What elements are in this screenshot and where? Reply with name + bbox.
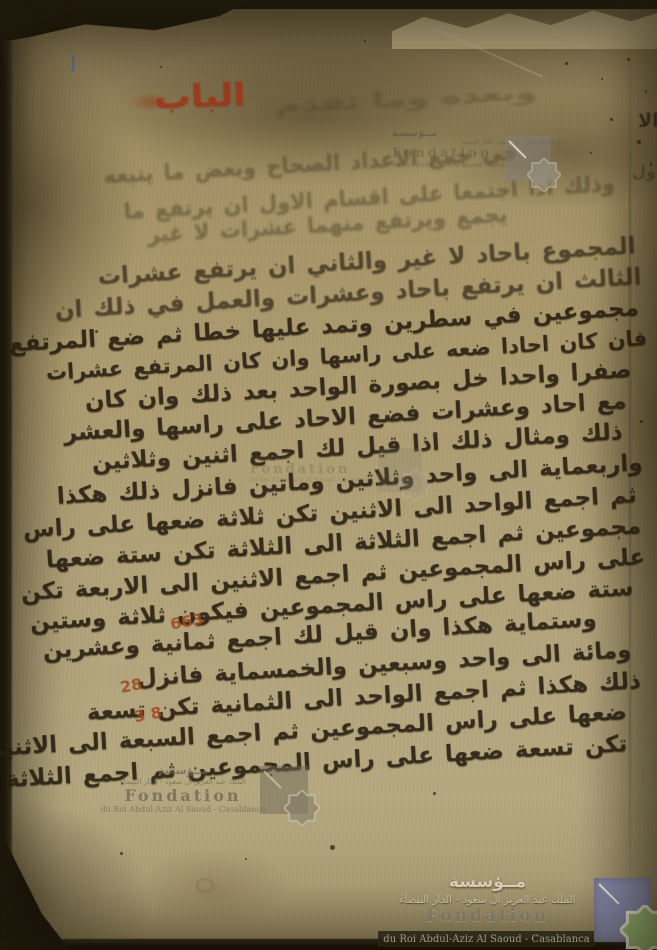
foundation-logo: [594, 878, 657, 950]
watermark-top: مــؤسسة الملك عبد العزيز آل سعود - الدار…: [392, 128, 562, 169]
watermark-french-name: Fondation: [98, 786, 268, 805]
watermark-french-name: Fondation: [380, 906, 595, 926]
stain: [245, 858, 247, 860]
stain: [637, 140, 641, 144]
foundation-logo-ghost: [260, 766, 312, 818]
stain: [160, 66, 162, 68]
edge-text-fragment: الاول: [632, 162, 657, 181]
watermark-french-org: du Roi Abdul-Aziz Al Saoud - Casablanca: [383, 934, 589, 945]
watermark-arabic-name: مــؤسسة: [250, 452, 380, 462]
stain: [364, 40, 366, 42]
watermark-arabic-org: الملك عبد العزيز آل سعود - الدار البيضاء: [380, 894, 595, 906]
watermark-bottom-right: مــؤسسة الملك عبد العزيز آل سعود - الدار…: [380, 872, 595, 926]
watermark-bottom-left: مــؤسسة الملك عبد العزيز آل سعود - الدار…: [98, 764, 268, 814]
manuscript-scan: ١ الباب وبعده وما تقدم في جمع الاعداد ال…: [0, 0, 657, 950]
eight-point-star-icon: [399, 469, 431, 501]
foundation-logo-ghost: [378, 448, 424, 494]
stain: [330, 845, 335, 850]
eight-point-star-icon: [527, 158, 561, 192]
edge-text-fragment: الا: [638, 110, 657, 132]
foundation-logo-ghost: [505, 136, 553, 184]
watermark-french-org: du Roi Abdul-Aziz Al Saoud - Casablanca: [250, 477, 380, 484]
watermark-arabic-name: مــؤسسة: [98, 764, 268, 777]
stain: [565, 62, 568, 65]
stain: [640, 420, 643, 423]
ring-stain: [196, 878, 214, 893]
watermark-arabic-org: الملك عبد العزيز آل سعود - الدار البيضاء: [98, 777, 268, 786]
watermark-french-strip: du Roi Abdul-Aziz Al Saoud - Casablanca: [378, 931, 595, 947]
watermark-middle: مــؤسسة Fondation du Roi Abdul-Aziz Al S…: [250, 452, 380, 484]
page-crease: [629, 40, 631, 920]
stain: [433, 792, 436, 795]
stain: [601, 78, 603, 80]
stain: [590, 152, 592, 154]
red-annotation: 28: [119, 674, 144, 697]
binding-edge: [0, 0, 13, 950]
stain: [610, 118, 613, 121]
stain: [120, 852, 123, 855]
watermark-french-org: du Roi Abdul-Aziz Al Saoud - Casablanca: [98, 805, 268, 814]
eight-point-star-icon: [620, 905, 657, 950]
watermark-french-name: Fondation: [250, 462, 380, 477]
watermark-arabic-name: مــؤسسة: [380, 872, 595, 892]
stain: [645, 90, 647, 93]
eight-point-star-icon: [284, 790, 320, 826]
chapter-heading: الباب: [153, 77, 246, 116]
